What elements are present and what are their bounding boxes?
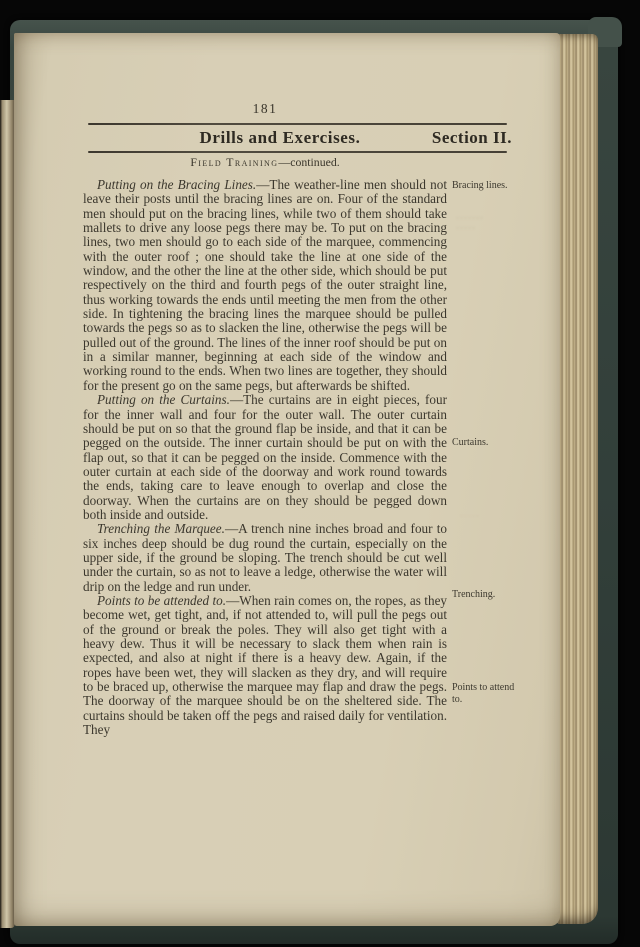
paragraph-bracing-lines: Putting on the Bracing Lines.—The weathe… bbox=[83, 178, 447, 393]
sidenote-trenching: Trenching. bbox=[452, 589, 516, 601]
sidenote-bracing-lines: Bracing lines. bbox=[452, 180, 516, 192]
paragraph-lead: Trenching the Marquee. bbox=[97, 521, 225, 536]
header-rule-top bbox=[88, 123, 507, 125]
paragraph-lead: Putting on the Curtains. bbox=[97, 392, 230, 407]
subheading-continued: —continued. bbox=[278, 155, 339, 169]
show-through-smudge: ············ bbox=[456, 213, 528, 233]
book-page: 181 Drills and Exercises. Section II. Fi… bbox=[14, 33, 560, 926]
show-through-smudge: ····· bbox=[460, 511, 520, 521]
subheading-smallcaps: Field Training bbox=[190, 155, 278, 169]
sidenote-curtains: Curtains. bbox=[452, 437, 516, 449]
paragraph-text: —The curtains are in eight pieces, four … bbox=[83, 392, 447, 522]
stacked-page-edges bbox=[556, 34, 598, 924]
running-head-section: Section II. bbox=[432, 128, 512, 148]
page-number: 181 bbox=[83, 101, 447, 117]
paragraph-lead: Putting on the Bracing Lines. bbox=[97, 177, 256, 192]
body-text-column: Putting on the Bracing Lines.—The weathe… bbox=[83, 178, 447, 737]
gutter-page-sliver bbox=[0, 100, 15, 928]
paragraph-trenching: Trenching the Marquee.—A trench nine inc… bbox=[83, 522, 447, 594]
paragraph-points: Points to be attended to.—When rain come… bbox=[83, 594, 447, 737]
sidenote-points: Points to attend to. bbox=[452, 682, 516, 705]
paragraph-text: —The weather-line men should not leave t… bbox=[83, 177, 447, 393]
running-head-title: Drills and Exercises. bbox=[110, 128, 450, 148]
paragraph-text: —When rain comes on, the ropes, as they … bbox=[83, 593, 447, 737]
paragraph-lead: Points to be attended to. bbox=[97, 593, 226, 608]
header-rule-bottom bbox=[88, 151, 507, 153]
section-subheading: Field Training—continued. bbox=[83, 155, 447, 170]
paragraph-curtains: Putting on the Curtains.—The curtains ar… bbox=[83, 393, 447, 522]
